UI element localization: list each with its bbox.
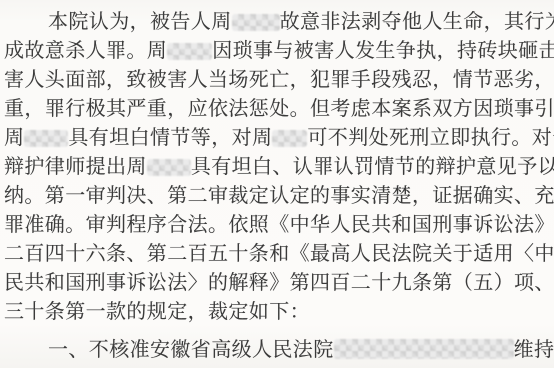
text-segment: 二百四十六条、第二百五十条和《最高人民法院关于适用〈中华人 [4,243,554,265]
text-line: 辩护律师提出周具有坦白、认罪认罚情节的辩护意见予以采 [4,153,541,182]
text-line: 罪准确。审判程序合法。依照《中华人民共和国刑事诉讼法》第 [4,211,541,240]
text-segment: 罪准确。审判程序合法。依照《中华人民共和国刑事诉讼法》第 [4,214,554,236]
text-line: 害人头面部，致被害人当场死亡，犯罪手段残忍，情节恶劣，后果严 [4,66,541,95]
text-segment: 一、不核准安徽省高级人民法院 [48,339,334,361]
text-segment: 纳。第一审判决、第二审裁定认定的事实清楚，证据确实、充分，定 [4,185,554,207]
text-line: 纳。第一审判决、第二审裁定认定的事实清楚，证据确实、充分，定 [4,182,541,211]
redaction-block [147,159,191,176]
text-line: 本院认为，被告人周故意非法剥夺他人生命，其行为已构 [4,8,541,37]
redaction-block [24,130,68,147]
redaction-block [167,43,212,60]
text-segment: 因琐事与被害人发生争执，持砖块砸击被 [212,40,554,62]
text-segment: 重，罪行极其严重，应依法惩处。但考虑本案系双方因琐事引发， [4,98,554,120]
text-segment: 害人头面部，致被害人当场死亡，犯罪手段残忍，情节恶劣，后果严 [4,69,554,91]
text-line: 重，罪行极其严重，应依法惩处。但考虑本案系双方因琐事引发， [4,95,541,124]
text-segment: 民共和国刑事诉讼法〉的解释》第四百二十九条第（五）项、第四百 [4,272,554,294]
text-line: 成故意杀人罪。周因琐事与被害人发生争执，持砖块砸击被 [4,37,541,66]
text-segment: 具有坦白、认罪认罚情节的辩护意见予以采 [191,156,554,178]
text-line: 一、不核准安徽省高级人民法院维持第一 [4,336,541,365]
text-segment: 故意非法剥夺他人生命，其行为已构 [280,11,554,33]
text-segment: 周 [4,127,24,149]
redaction-block [232,14,280,31]
redaction-block [334,339,514,359]
text-segment: 辩护律师提出周 [4,156,147,178]
text-segment: 本院认为，被告人周 [48,11,232,33]
text-line: 周具有坦白情节等，对周可不判处死刑立即执行。对于 [4,124,541,153]
text-line: 民共和国刑事诉讼法〉的解释》第四百二十九条第（五）项、第四百 [4,269,541,298]
legal-document-page: 本院认为，被告人周故意非法剥夺他人生命，其行为已构成故意杀人罪。周因琐事与被害人… [0,0,554,368]
text-segment: 三十条第一款的规定，裁定如下： [4,301,310,323]
text-segment: 维持第一 [514,339,554,361]
redaction-block [272,130,307,147]
text-segment: 成故意杀人罪。周 [4,40,167,62]
text-segment: 可不判处死刑立即执行。对于 [307,127,554,149]
text-line: 二百四十六条、第二百五十条和《最高人民法院关于适用〈中华人 [4,240,541,269]
text-line: 三十条第一款的规定，裁定如下： [4,298,541,327]
text-segment: 具有坦白情节等，对周 [68,127,272,149]
